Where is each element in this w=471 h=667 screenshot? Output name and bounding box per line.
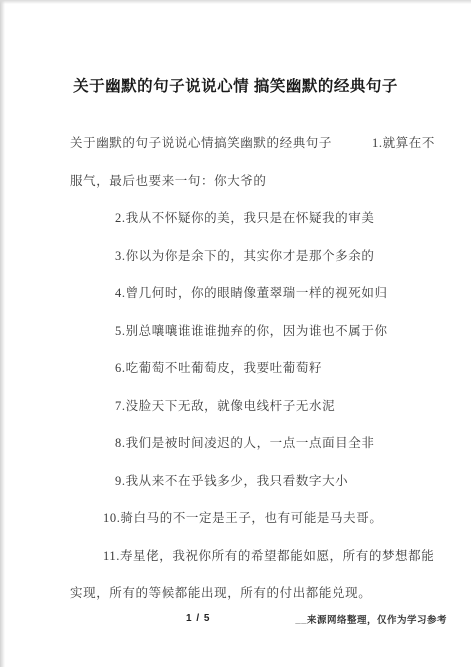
quote-line-2: 2.我从不怀疑你的美，我只是在怀疑我的审美 xyxy=(70,208,431,246)
intro-continuation-line: 服气，最后也要来一句：你大爷的 xyxy=(70,171,431,209)
page-number: 1 / 5 xyxy=(186,613,210,624)
quote-line-3: 3.你以为你是余下的，其实你才是那个多余的 xyxy=(70,246,431,284)
page-title: 关于幽默的句子说说心情 搞笑幽默的经典句子 xyxy=(0,74,471,96)
quote-line-7: 7.没脸天下无敌，就像电线杆子无水泥 xyxy=(70,396,431,434)
quote-line-6: 6.吃葡萄不吐葡萄皮，我要吐葡萄籽 xyxy=(70,358,431,396)
quote-line-11: 11.寿星佬，我祝你所有的希望都能如愿，所有的梦想都能 xyxy=(70,546,431,584)
document-body: 关于幽默的句子说说心情搞笑幽默的经典句子1.就算在不 服气，最后也要来一句：你大… xyxy=(70,133,431,621)
page-edge-shadow-left xyxy=(0,0,5,667)
quote-line-10: 10.骑白马的不一定是王子，也有可能是马夫哥。 xyxy=(70,508,431,546)
page-edge-shadow-top xyxy=(0,0,471,4)
quote-line-5: 5.别总嚷嚷谁谁谁抛弃的你，因为谁也不属于你 xyxy=(70,321,431,359)
quote-line-8: 8.我们是被时间凌迟的人，一点一点面目全非 xyxy=(70,433,431,471)
quote-line-9: 9.我从来不在乎钱多少，我只看数字大小 xyxy=(70,471,431,509)
quote-1-start: 1.就算在不 xyxy=(372,136,435,150)
quote-line-4: 4.曾几何时，你的眼睛像董翠瑞一样的视死如归 xyxy=(70,283,431,321)
intro-line: 关于幽默的句子说说心情搞笑幽默的经典句子1.就算在不 xyxy=(70,133,431,171)
intro-lead-text: 关于幽默的句子说说心情搞笑幽默的经典句子 xyxy=(70,136,332,150)
source-note: __来源网络整理，仅作为学习参考 xyxy=(295,612,447,626)
